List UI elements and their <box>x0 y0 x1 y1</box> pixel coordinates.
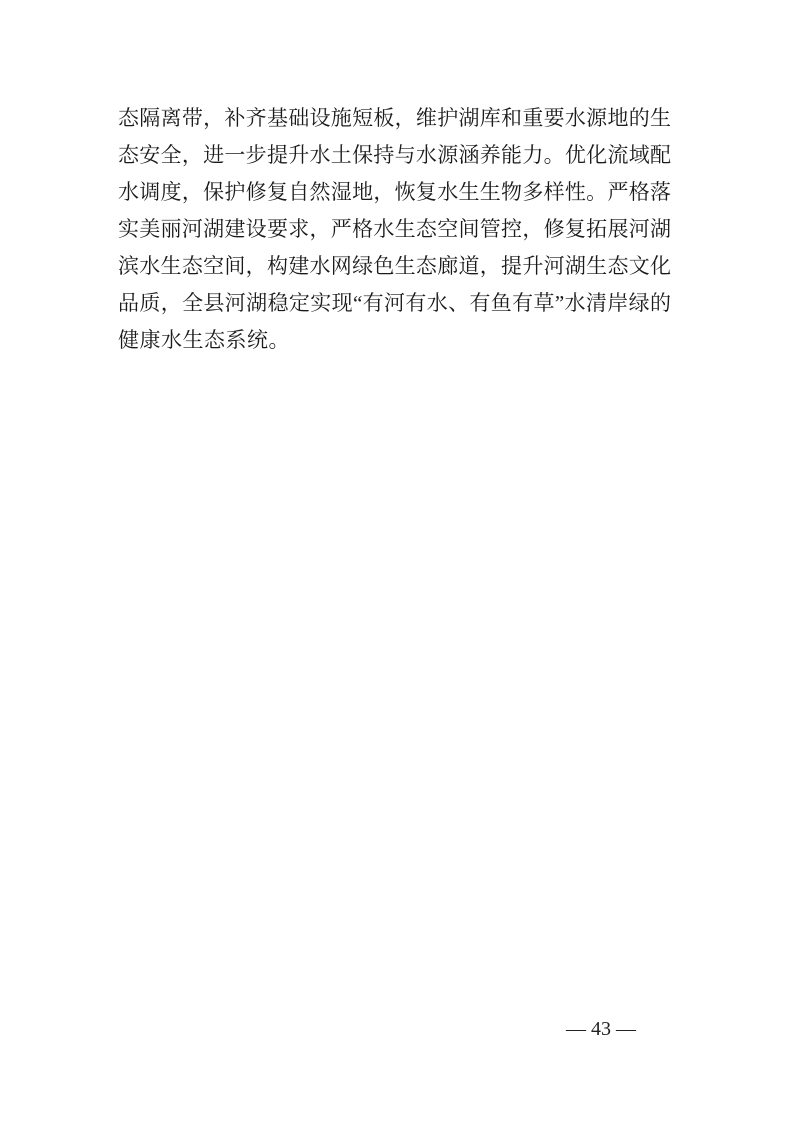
paragraph-line: 滨水生态空间，构建水网绿色生态廊道，提升河湖生态文化 <box>118 248 671 285</box>
paragraph-line: 健康水生态系统。 <box>118 322 671 359</box>
page-number: — 43 — <box>566 1017 646 1041</box>
body-paragraph: 态隔离带，补齐基础设施短板，维护湖库和重要水源地的生 态安全，进一步提升水土保持… <box>118 100 671 359</box>
paragraph-line: 态隔离带，补齐基础设施短板，维护湖库和重要水源地的生 <box>118 100 671 137</box>
paragraph-line: 品质，全县河湖稳定实现“有河有水、有鱼有草”水清岸绿的 <box>118 285 671 322</box>
paragraph-line: 水调度，保护修复自然湿地，恢复水生生物多样性。严格落 <box>118 174 671 211</box>
document-page: 态隔离带，补齐基础设施短板，维护湖库和重要水源地的生 态安全，进一步提升水土保持… <box>0 0 793 1122</box>
paragraph-line: 实美丽河湖建设要求，严格水生态空间管控，修复拓展河湖 <box>118 211 671 248</box>
paragraph-line: 态安全，进一步提升水土保持与水源涵养能力。优化流域配 <box>118 137 671 174</box>
